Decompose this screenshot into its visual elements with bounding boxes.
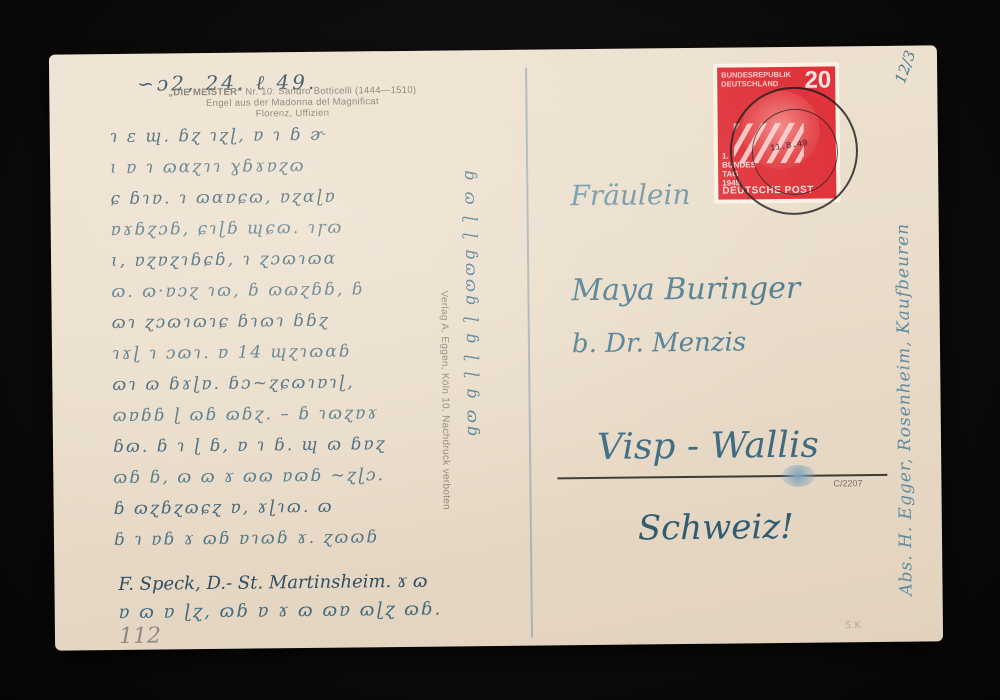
publisher-imprint: Verlag A. Eggen, Köln 10. Nachdruck verb… — [438, 290, 451, 510]
pencil-number: 112 — [119, 624, 161, 649]
address-country: Schweiz! — [638, 507, 794, 549]
printed-artwork-caption: „DIE MEISTER“ Nr. 10: Sandro Botticelli … — [127, 84, 457, 120]
postmark-date: 11.8.49 — [769, 138, 808, 154]
message-line: ɿ ɛ ɰ. ɓɀ ɿɀɭ, ɐ ɿ ɓ ɚ — [110, 118, 530, 153]
artwork-number-artist: Nr. 10: Sandro Botticelli (1444—1510) — [242, 85, 416, 98]
pencil-mark: 5.K — [845, 620, 861, 631]
address-town: Visp - Wallis — [597, 425, 819, 468]
address-salutation: Fräulein — [570, 178, 690, 212]
message-line: ɷɓ ɓ, ɷ ɷ ɤ ɷɷ ɐɷɓ ~ɀɭɔ. — [113, 459, 533, 494]
postmark-cancellation: 11.8.49 — [729, 86, 858, 215]
ink-blot — [781, 465, 815, 487]
message-line: ɓ ɿ ɐɓ ɤ ɷɓ ɐɿɷɓ ɤ. ɀɷɷɓ — [114, 521, 534, 556]
card-code: C/2207 — [833, 478, 862, 488]
address-recipient-name: Maya Buringer — [571, 271, 800, 308]
sender-address-vertical: Abs. H. Egger, Rosenheim, Kaufbeuren — [893, 223, 917, 596]
closing-line: F. Speck, D.- St. Martinsheim. ɤ ɷ — [118, 571, 427, 595]
series-name: „DIE MEISTER“ — [168, 87, 242, 99]
closing-line-2: ɐ ɷ ɐ ɭɀ, ɷɓ ɐ ɤ ɷ ɷɐ ɷɭɀ ɷɓ. — [119, 599, 443, 623]
stamp-country: BUNDESREPUBLIK DEUTSCHLAND — [721, 70, 801, 89]
postcard: ∽ɔ2, 24. ℓ 49. „DIE MEISTER“ Nr. 10: San… — [49, 45, 943, 650]
address-care-of: b. Dr. Menzis — [572, 327, 747, 359]
corner-note: 12/3 — [891, 48, 919, 86]
message-line: ɓ ɷɀɓɀɷɕɀ ɐ, ɤɭɿɷ. ɷ — [114, 490, 534, 525]
margin-note: ɓ ɷ ɭ ɭ ɓɷɷɓ ɭ ɓ ɭ ɭ ɓ ɷɓ — [461, 170, 483, 439]
